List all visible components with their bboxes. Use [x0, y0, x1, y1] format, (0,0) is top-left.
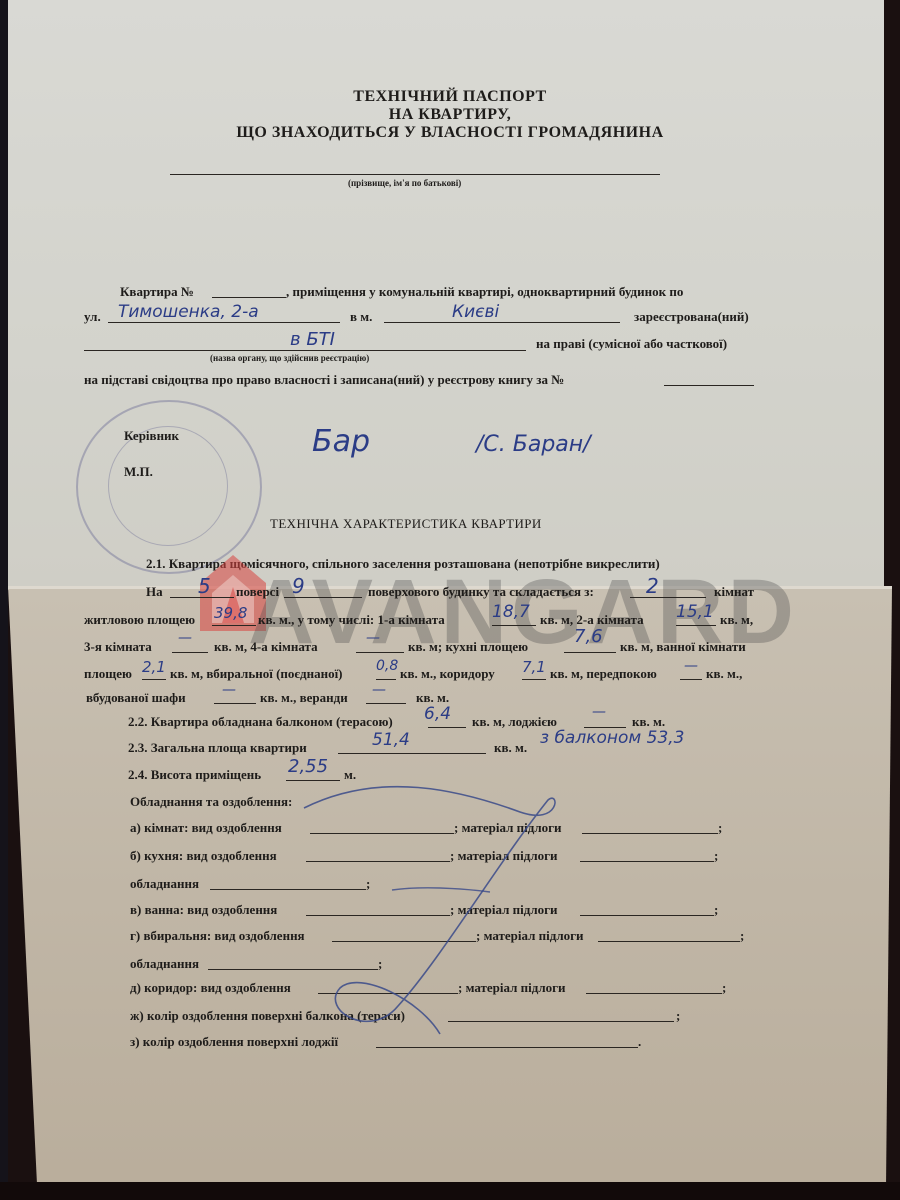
strikethrough-scribble-icon [0, 0, 900, 1200]
